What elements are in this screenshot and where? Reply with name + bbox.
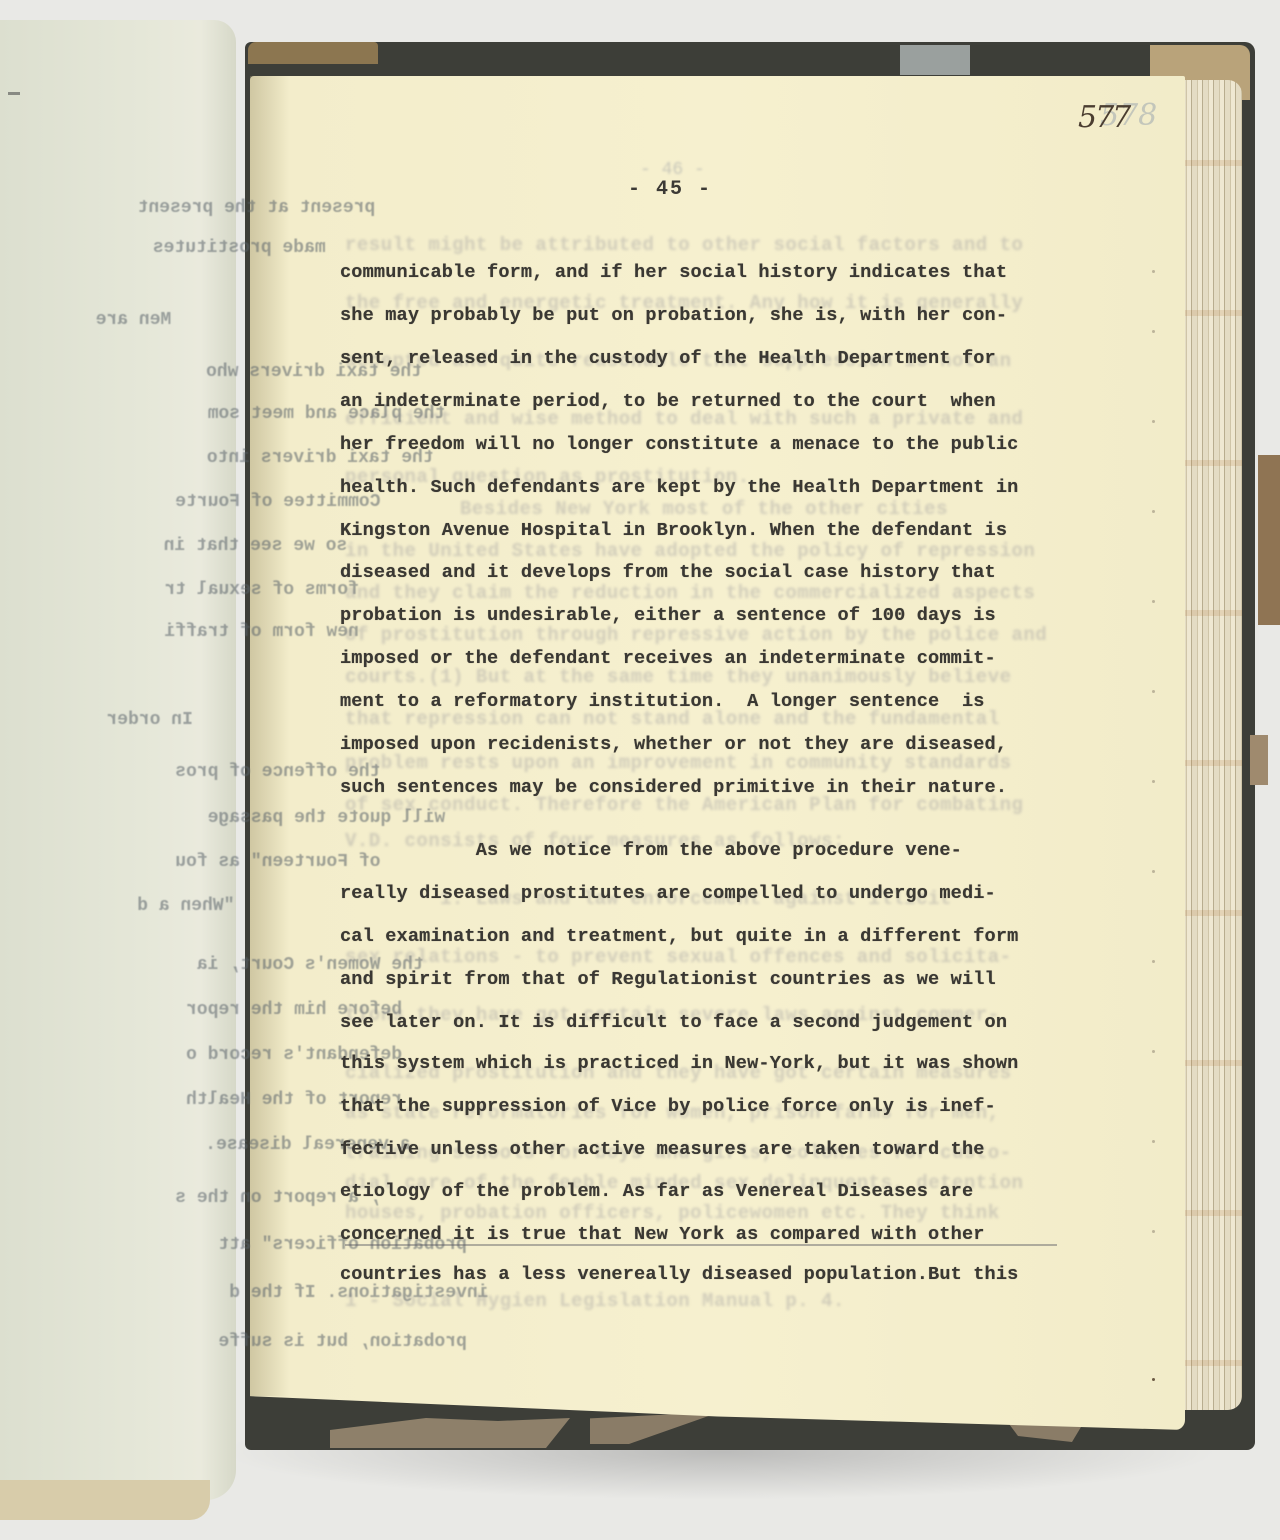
perforation-dot bbox=[1152, 960, 1155, 963]
cover-worn-corner bbox=[248, 42, 378, 64]
body-line: her freedom will no longer constitute a … bbox=[340, 434, 1018, 455]
page-number: - 45 - bbox=[628, 178, 712, 201]
body-line: really diseased prostitutes are compelle… bbox=[340, 883, 996, 904]
body-line: imposed or the defendant receives an ind… bbox=[340, 648, 996, 669]
body-line: ment to a reformatory institution. A lon… bbox=[340, 691, 985, 712]
body-line: fective unless other active measures are… bbox=[340, 1139, 985, 1160]
body-line: communicable form, and if her social his… bbox=[340, 262, 1007, 283]
perforation-dot bbox=[1152, 1050, 1155, 1053]
perforation-dot bbox=[1152, 600, 1155, 603]
body-line: probation is undesirable, either a sente… bbox=[340, 605, 996, 626]
perforation-dot bbox=[1152, 1378, 1155, 1381]
body-line: that the suppression of Vice by police f… bbox=[340, 1096, 996, 1117]
body-line: Kingston Avenue Hospital in Brooklyn. Wh… bbox=[340, 520, 1007, 541]
perforation-dot bbox=[1152, 270, 1155, 273]
perforation-dot bbox=[1152, 420, 1155, 423]
body-line: As we notice from the above procedure ve… bbox=[340, 840, 962, 861]
body-line: cal examination and treatment, but quite… bbox=[340, 926, 1018, 947]
body-line: this system which is practiced in New-Yo… bbox=[340, 1053, 1018, 1074]
folio-stamp: 577 bbox=[1078, 100, 1129, 135]
perforation-dot bbox=[1152, 510, 1155, 513]
body-line: an indeterminate period, to be returned … bbox=[340, 391, 996, 412]
perforation-dot bbox=[1152, 780, 1155, 783]
torn-paper-flap bbox=[1250, 735, 1268, 785]
body-line: sent, released in the custody of the Hea… bbox=[340, 348, 996, 369]
perforation-dot bbox=[1152, 1230, 1155, 1233]
body-line: etiology of the problem. As far as Vener… bbox=[340, 1181, 973, 1202]
body-line: she may probably be put on probation, sh… bbox=[340, 305, 1007, 326]
cover-patch bbox=[900, 45, 970, 75]
body-line: concerned it is true that New York as co… bbox=[340, 1224, 985, 1245]
perforation-dot bbox=[1152, 330, 1155, 333]
body-line: and spirit from that of Regulationist co… bbox=[340, 969, 996, 990]
facing-page-edge bbox=[0, 1480, 210, 1520]
body-line: diseased and it develops from the social… bbox=[340, 562, 996, 583]
perforation-dot bbox=[1152, 1140, 1155, 1143]
body-line: such sentences may be considered primiti… bbox=[340, 777, 1007, 798]
perforation-dot bbox=[1152, 690, 1155, 693]
torn-paper-flap bbox=[1258, 455, 1280, 625]
body-line: health. Such defendants are kept by the … bbox=[340, 477, 1018, 498]
footnote-rule bbox=[345, 1244, 1057, 1246]
body-line: imposed upon recidenists, whether or not… bbox=[340, 734, 1007, 755]
ghost-page-number: - 46 - bbox=[640, 160, 705, 180]
perforation-dot bbox=[1152, 870, 1155, 873]
facing-page-mark bbox=[8, 92, 20, 95]
body-line: countries has a less venereally diseased… bbox=[340, 1264, 1018, 1285]
body-line: see later on. It is difficult to face a … bbox=[340, 1012, 1007, 1033]
